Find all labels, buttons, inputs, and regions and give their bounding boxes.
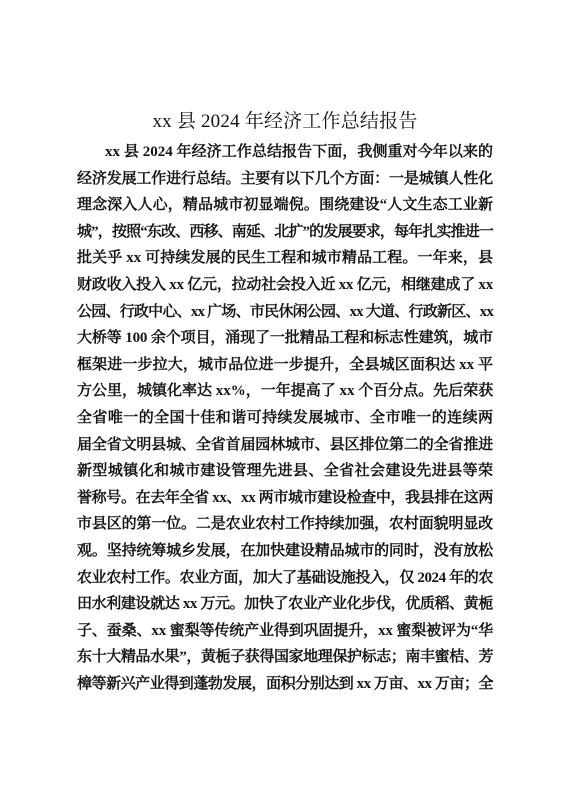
body-line: 子、蚕桑、xx 蜜梨等传统产业得到巩固提升，xx 蜜梨被评为“华 xyxy=(77,618,493,645)
body-line: 樟等新兴产业得到蓬勃发展，面积分别达到 xx 万亩、xx 万亩；全 xyxy=(77,671,493,698)
body-line: 届全省文明县城、全省首届园林城市、县区排位第二的全省推进 xyxy=(77,432,493,459)
document-title: xx 县 2024 年经济工作总结报告 xyxy=(0,108,570,136)
body-line: 观。坚持统筹城乡发展，在加快建设精品城市的同时，没有放松 xyxy=(77,538,493,565)
document-page: xx 县 2024 年经济工作总结报告 xx 县 2024 年经济工作总结报告下… xyxy=(0,0,570,807)
body-line: 理念深入人心，精品城市初显端倪。围绕建设“人文生态工业新 xyxy=(77,192,493,219)
body-line: 框架进一步拉大，城市品位进一步提升，全县城区面积达 xx 平 xyxy=(77,352,493,379)
body-line: 新型城镇化和城市建设管理先进县、全省社会建设先进县等荣 xyxy=(77,458,493,485)
body-line: 田水利建设就达 xx 万元。加快了农业产业化步伐，优质稻、黄栀 xyxy=(77,591,493,618)
document-body: xx 县 2024 年经济工作总结报告下面，我侧重对今年以来的 经济发展工作进行… xyxy=(77,139,493,697)
body-line: 城”，按照“东改、西移、南延、北扩”的发展要求，每年扎实推进一 xyxy=(77,219,493,246)
body-line: 誉称号。在去年全省 xx、xx 两市城市建设检查中，我县排在这两 xyxy=(77,485,493,512)
body-line: 全省唯一的全国十佳和谐可持续发展城市、全市唯一的连续两 xyxy=(77,405,493,432)
body-line: xx 县 2024 年经济工作总结报告下面，我侧重对今年以来的 xyxy=(105,139,493,166)
body-line: 大桥等 100 余个项目，涌现了一批精品工程和标志性建筑，城市 xyxy=(77,325,493,352)
body-line: 财政收入投入 xx 亿元，拉动社会投入近 xx 亿元，相继建成了 xx xyxy=(77,272,493,299)
body-line: 方公里，城镇化率达 xx%，一年提高了 xx 个百分点。先后荣获 xyxy=(77,378,493,405)
body-line: 市县区的第一位。二是农业农村工作持续加强，农村面貌明显改 xyxy=(77,511,493,538)
body-line: 公园、行政中心、xx 广场、市民休闲公园、xx 大道、行政新区、xx xyxy=(77,299,493,326)
body-line: 经济发展工作进行总结。主要有以下几个方面：一是城镇人性化 xyxy=(77,166,493,193)
body-line: 批关乎 xx 可持续发展的民生工程和城市精品工程。一年来，县 xyxy=(77,245,493,272)
body-line: 农业农村工作。农业方面，加大了基础设施投入，仅 2024 年的农 xyxy=(77,565,493,592)
body-line: 东十大精品水果”，黄栀子获得国家地理保护标志；南丰蜜桔、芳 xyxy=(77,644,493,671)
